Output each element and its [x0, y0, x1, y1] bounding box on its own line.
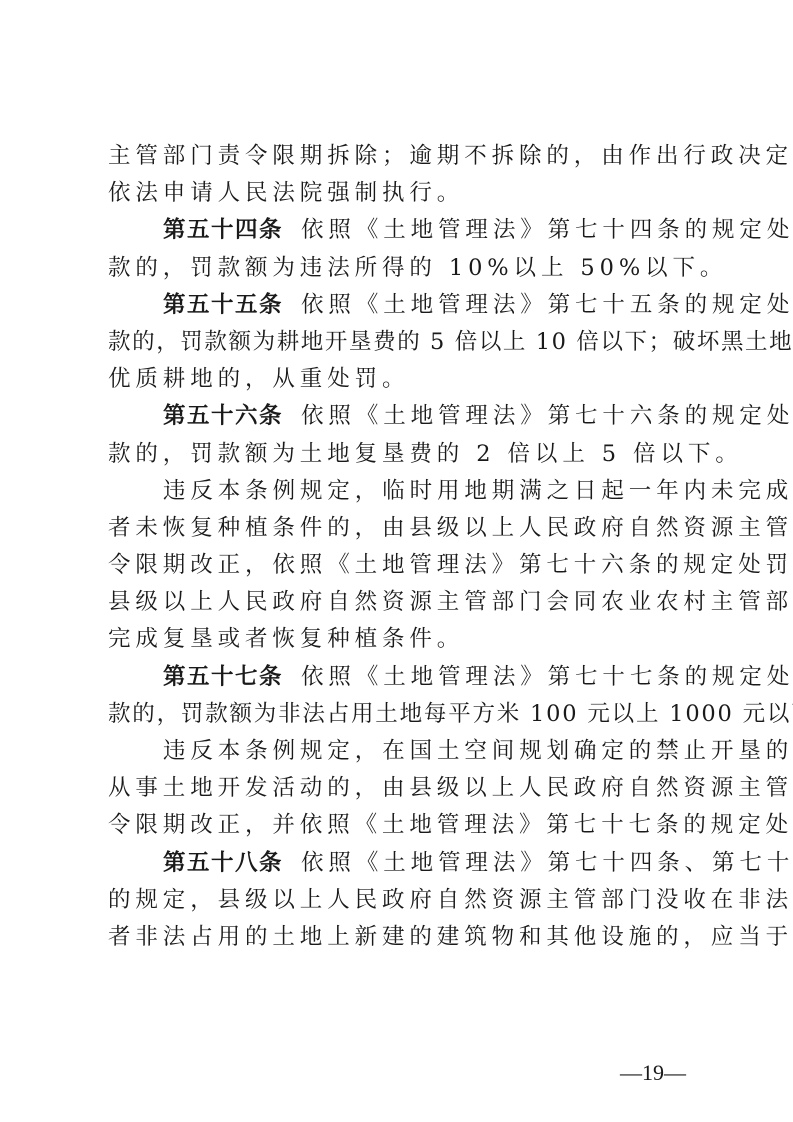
line-text: 主管部门责令限期拆除；逾期不拆除的，由作出行政决定的机关 — [108, 143, 793, 169]
text-line: 款的，罚款额为土地复垦费的 2 倍以上 5 倍以下。 — [108, 436, 694, 473]
article-heading: 第五十七条 — [163, 664, 283, 690]
article-58: 第五十八条依照《土地管理法》第七十四条、第七十七条 — [108, 845, 694, 882]
text-line: 从事土地开发活动的，由县级以上人民政府自然资源主管部门责 — [108, 770, 694, 807]
text-line: 者非法占用的土地上新建的建筑物和其他设施的，应当于九十日 — [108, 919, 694, 956]
line-text: 款的，罚款额为非法占用土地每平方米 100 元以上 1000 元以下。 — [108, 701, 793, 727]
line-text: 令限期改正，并依照《土地管理法》第七十七条的规定处罚。 — [108, 812, 793, 838]
line-text: 优质耕地的，从重处罚。 — [108, 366, 409, 392]
paragraph-start: 违反本条例规定，临时用地期满之日起一年内未完成复垦或 — [108, 473, 694, 510]
article-55: 第五十五条依照《土地管理法》第七十五条的规定处以罚 — [108, 287, 694, 324]
text-line: 款的，罚款额为非法占用土地每平方米 100 元以上 1000 元以下。 — [108, 696, 694, 733]
line-text: 令限期改正，依照《土地管理法》第七十六条的规定处罚，并由 — [108, 552, 793, 578]
line-text: 款的，罚款额为土地复垦费的 2 倍以上 5 倍以下。 — [108, 441, 743, 467]
page-number: —19— — [620, 1060, 686, 1086]
line-text: 完成复垦或者恢复种植条件。 — [108, 626, 464, 652]
line-text: 款的，罚款额为违法所得的 10%以上 50%以下。 — [108, 255, 727, 281]
article-heading: 第五十六条 — [163, 403, 283, 429]
text-line: 优质耕地的，从重处罚。 — [108, 361, 694, 398]
text-line: 款的，罚款额为违法所得的 10%以上 50%以下。 — [108, 250, 694, 287]
text-line: 令限期改正，依照《土地管理法》第七十六条的规定处罚，并由 — [108, 547, 694, 584]
line-text: 从事土地开发活动的，由县级以上人民政府自然资源主管部门责 — [108, 775, 793, 801]
line-text: 款的，罚款额为耕地开垦费的 5 倍以上 10 倍以下；破坏黑土地等 — [108, 329, 793, 355]
line-text: 依法申请人民法院强制执行。 — [108, 180, 464, 206]
text-line: 主管部门责令限期拆除；逾期不拆除的，由作出行政决定的机关 — [108, 138, 694, 175]
article-54: 第五十四条依照《土地管理法》第七十四条的规定处以罚 — [108, 212, 694, 249]
line-text: 依照《土地管理法》第七十七条的规定处以罚 — [301, 664, 793, 690]
article-heading: 第五十四条 — [163, 217, 283, 243]
line-text: 依照《土地管理法》第七十五条的规定处以罚 — [301, 292, 793, 318]
text-line: 县级以上人民政府自然资源主管部门会同农业农村主管部门代为 — [108, 584, 694, 621]
text-line: 者未恢复种植条件的，由县级以上人民政府自然资源主管部门责 — [108, 510, 694, 547]
text-line: 款的，罚款额为耕地开垦费的 5 倍以上 10 倍以下；破坏黑土地等 — [108, 324, 694, 361]
article-heading: 第五十五条 — [163, 292, 283, 318]
document-page: 主管部门责令限期拆除；逾期不拆除的，由作出行政决定的机关 依法申请人民法院强制执… — [108, 138, 694, 956]
line-text: 者非法占用的土地上新建的建筑物和其他设施的，应当于九十日 — [108, 924, 793, 950]
line-text: 依照《土地管理法》第七十四条、第七十七条 — [301, 850, 793, 876]
line-text: 者未恢复种植条件的，由县级以上人民政府自然资源主管部门责 — [108, 515, 793, 541]
text-line: 完成复垦或者恢复种植条件。 — [108, 621, 694, 658]
line-text: 违反本条例规定，临时用地期满之日起一年内未完成复垦或 — [163, 478, 793, 504]
text-line: 的规定，县级以上人民政府自然资源主管部门没收在非法转让或 — [108, 882, 694, 919]
line-text: 依照《土地管理法》第七十六条的规定处以罚 — [301, 403, 793, 429]
text-line: 令限期改正，并依照《土地管理法》第七十七条的规定处罚。 — [108, 807, 694, 844]
line-text: 违反本条例规定，在国土空间规划确定的禁止开垦的范围内 — [163, 738, 793, 764]
article-heading: 第五十八条 — [163, 850, 283, 876]
line-text: 的规定，县级以上人民政府自然资源主管部门没收在非法转让或 — [108, 887, 793, 913]
line-text: 县级以上人民政府自然资源主管部门会同农业农村主管部门代为 — [108, 589, 793, 615]
paragraph-start: 违反本条例规定，在国土空间规划确定的禁止开垦的范围内 — [108, 733, 694, 770]
article-57: 第五十七条依照《土地管理法》第七十七条的规定处以罚 — [108, 659, 694, 696]
text-line: 依法申请人民法院强制执行。 — [108, 175, 694, 212]
article-56: 第五十六条依照《土地管理法》第七十六条的规定处以罚 — [108, 398, 694, 435]
line-text: 依照《土地管理法》第七十四条的规定处以罚 — [301, 217, 793, 243]
